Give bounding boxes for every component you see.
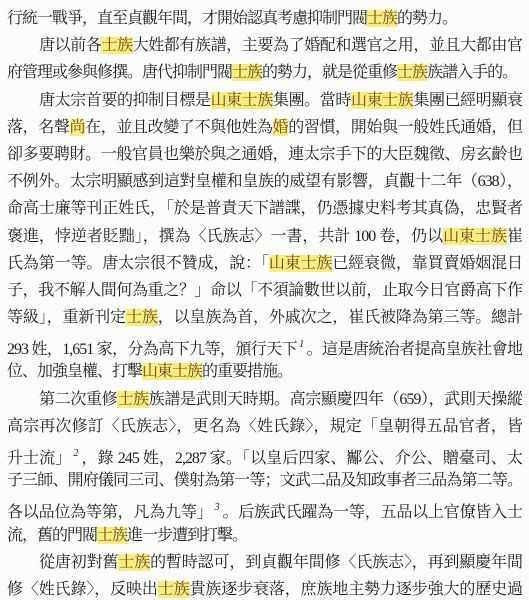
search-highlight: 士族 [97, 527, 127, 544]
footnote-marker: 1 [297, 339, 306, 350]
text-run: 崔 [507, 228, 522, 245]
text-line: 卻多要聘財。一般官員也樂於與之通婚，連太宗手下的大臣魏徵、房玄齡也 [7, 141, 522, 168]
text-line: 修〈姓氏錄〉，反映出士族貴族逐步衰落，庶族地主勢力逐步強大的歷史過 [7, 576, 522, 600]
text-line: 等級」，重新刊定士族，以皇族為首，外戚次之，崔氏被降為第三等。總計 [7, 304, 522, 331]
search-highlight: 山東士族 [351, 92, 413, 109]
search-highlight: 山東士族 [142, 363, 202, 380]
search-highlight: 士族 [118, 554, 150, 571]
text-line: 氏為第一等。唐太宗很不贊成，說：「山東士族已經衰微，靠買賣婚姻混日 [7, 250, 522, 277]
text-line: 不例外。太宗明顯感到這對皇權和皇族的威望有影響，貞觀十二年（638）， [7, 168, 522, 195]
text-line: 第二次重修士族族譜是武則天時期。高宗顯慶四年（659），武則天操縱 [7, 386, 522, 413]
text-run: 子，我不解人間何為重之？」命以「不須論數世以前，止取今日官爵高下作 [7, 282, 522, 299]
text-run: 氏為第一等。唐太宗很不贊成，說：「 [7, 255, 269, 272]
text-run: 的勢力。 [397, 10, 457, 27]
text-run: 第二次重修 [39, 391, 117, 408]
search-highlight: 士族 [126, 309, 158, 326]
text-run: 府管理或參與修撰。唐代抑制門閥 [7, 64, 232, 81]
text-run: 貴族逐步衰落，庶族地主勢力逐步強大的歷史過 [190, 581, 522, 598]
text-run: 落，名聲 [7, 119, 70, 136]
footnote-marker: 3 [212, 502, 221, 513]
text-run: 升士流」 [7, 450, 71, 467]
text-line: 各以品位為等第，凡為九等」3。后族武氏躍為一等，五品以上官僚皆入士 [7, 494, 522, 521]
text-run: 。后族武氏躍為一等，五品以上官僚皆入士 [222, 504, 522, 521]
text-line: 府管理或參與修撰。唐代抑制門閥士族的勢力，就是從重修士族族譜入手的。 [7, 59, 522, 86]
text-run: 位、加強皇權、打擊 [7, 363, 142, 380]
text-run: 等級」，重新刊定 [7, 309, 126, 326]
text-run: 各以品位為等第，凡為九等」 [7, 504, 212, 521]
search-highlight: 士族 [367, 10, 397, 27]
text-line: 從唐初對舊士族的暫時認可，到貞觀年間修〈氏族志〉，再到顯慶年間 [7, 549, 522, 576]
text-run: ，錄 245 姓，2,287 家。「以皇后四家、酅公、介公、贈臺司、太 [80, 450, 522, 467]
document-page: 行統一戰爭，直至貞觀年間，才開始認真考慮抑制門閥士族的勢力。唐以前各士族大姓都有… [0, 0, 529, 600]
text-run: 流，舊的門閥 [7, 527, 97, 544]
text-run: 集團。當時 [273, 92, 351, 109]
search-highlight: 士族 [101, 37, 132, 54]
text-run: 高宗再次修訂〈氏族志〉，更名為〈姓氏錄〉，規定「皇朝得五品官者，皆 [7, 418, 522, 435]
text-line: 流，舊的門閥士族進一步遭到打擊。 [7, 522, 522, 549]
text-line: 行統一戰爭，直至貞觀年間，才開始認真考慮抑制門閥士族的勢力。 [7, 5, 522, 32]
text-run: 行統一戰爭，直至貞觀年間，才開始認真考慮抑制門閥 [7, 10, 367, 27]
search-highlight: 士族 [232, 64, 262, 81]
search-highlight: 尚 [70, 119, 86, 136]
text-run: 在，並且改變了不與他姓為 [85, 119, 272, 136]
text-run: 命高士廉等刊正姓氏，「於是普責天下譜諜，仍憑據史料考其真偽，忠賢者 [7, 200, 522, 217]
text-run: 的習慣，開始與一般姓氏通婚，但 [288, 119, 522, 136]
text-run: 唐太宗首要的抑制目標是 [39, 92, 211, 109]
text-run: 不例外。太宗明顯感到這對皇權和皇族的威望有影響，貞觀十二年（638）， [7, 173, 522, 190]
text-run: 的勢力，就是從重修 [262, 64, 397, 81]
text-line: 落，名聲尚在，並且改變了不與他姓為婚的習慣，開始與一般姓氏通婚，但 [7, 114, 522, 141]
text-run: 修〈姓氏錄〉，反映出 [7, 581, 158, 598]
text-line: 唐太宗首要的抑制目標是山東士族集團。當時山東士族集團已經明顯衰 [7, 87, 522, 114]
text-line: 位、加強皇權、打擊山東士族的重要措施。 [7, 358, 522, 385]
search-highlight: 山東士族 [443, 228, 507, 245]
text-run: 從唐初對舊 [39, 554, 118, 571]
text-line: 293 姓，1,651 家，分為高下九等，頒行天下1。這是唐統治者提高皇族社會地 [7, 331, 522, 358]
text-line: 唐以前各士族大姓都有族譜，主要為了婚配和選官之用，並且大都由官 [7, 32, 522, 59]
search-highlight: 山東士族 [211, 92, 273, 109]
text-run: 的暫時認可，到貞觀年間修〈氏族志〉，再到顯慶年間 [150, 554, 522, 571]
search-highlight: 士族 [117, 391, 148, 408]
text-run: 族譜入手的。 [427, 64, 517, 81]
text-line: 高宗再次修訂〈氏族志〉，更名為〈姓氏錄〉，規定「皇朝得五品官者，皆 [7, 413, 522, 440]
text-run: 卻多要聘財。一般官員也樂於與之通婚，連太宗手下的大臣魏徵、房玄齡也 [7, 146, 522, 163]
text-run: 族譜是武則天時期。高宗顯慶四年（659），武則天操縱 [149, 391, 522, 408]
text-run: 集團已經明顯衰 [413, 92, 522, 109]
search-highlight: 婚 [273, 119, 289, 136]
text-run: 子三師、開府儀同三司、僕射為第一等；文武二品及知政事者三品為第二等。 [7, 472, 522, 489]
text-line: 褒進，悖逆者貶黜」，撰為〈氏族志〉一書，共計 100 卷，仍以山東士族崔 [7, 223, 522, 250]
text-run: 已經衰微，靠買賣婚姻混日 [332, 255, 522, 272]
text-run: ，以皇族為首，外戚次之，崔氏被降為第三等。總計 [158, 309, 522, 326]
text-run: 進一步遭到打擊。 [127, 527, 247, 544]
text-run: 大姓都有族譜，主要為了婚配和選官之用，並且大都由官 [133, 37, 522, 54]
text-run: 的重要措施。 [202, 363, 292, 380]
text-run: 293 姓，1,651 家，分為高下九等，頒行天下 [7, 341, 297, 358]
text-run: 唐以前各 [39, 37, 101, 54]
text-line: 子，我不解人間何為重之？」命以「不須論數世以前，止取今日官爵高下作 [7, 277, 522, 304]
text-line: 命高士廉等刊正姓氏，「於是普責天下譜諜，仍憑據史料考其真偽，忠賢者 [7, 195, 522, 222]
search-highlight: 士族 [158, 581, 190, 598]
search-highlight: 士族 [397, 64, 427, 81]
search-highlight: 山東士族 [269, 255, 333, 272]
text-run: 褒進，悖逆者貶黜」，撰為〈氏族志〉一書，共計 100 卷，仍以 [7, 228, 443, 245]
text-line: 子三師、開府儀同三司、僕射為第一等；文武二品及知政事者三品為第二等。 [7, 467, 522, 494]
text-run: 。這是唐統治者提高皇族社會地 [306, 341, 522, 358]
text-line: 升士流」2，錄 245 姓，2,287 家。「以皇后四家、酅公、介公、贈臺司、太 [7, 440, 522, 467]
